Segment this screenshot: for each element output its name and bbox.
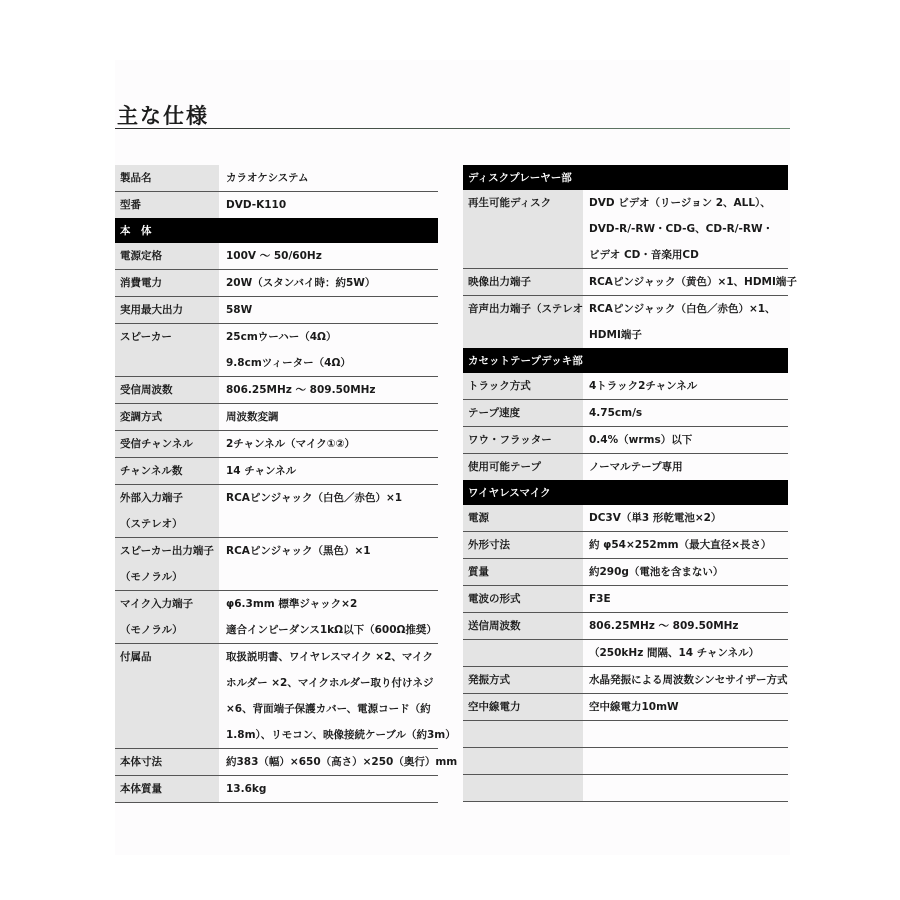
spec-label-line: テープ速度 (468, 400, 583, 426)
spec-row: 変調方式周波数変調 (115, 404, 438, 431)
spec-value (583, 748, 788, 774)
spec-value: 806.25MHz 〜 809.50MHz (219, 377, 438, 403)
spec-label-line: 本体質量 (120, 776, 219, 802)
spec-row: 質量約290g（電池を含まない） (463, 559, 788, 586)
spec-label-line (120, 696, 219, 722)
section-header: カセットテープデッキ部 (463, 348, 788, 373)
spec-row: スピーカー出力端子（モノラル）RCAピンジャック（黒色）×1 (115, 538, 438, 591)
spec-value-line: DVD-K110 (226, 192, 438, 218)
spec-row: 付属品取扱説明書、ワイヤレスマイク ×2、マイクホルダー ×2、マイクホルダー取… (115, 644, 438, 749)
spec-label-line: 電源定格 (120, 243, 219, 269)
spec-row: スピーカー25cmウーハー（4Ω）9.8cmツィーター（4Ω） (115, 324, 438, 377)
spec-value: 58W (219, 297, 438, 323)
spec-label-line: チャンネル数 (120, 458, 219, 484)
spec-label: 実用最大出力 (115, 297, 219, 323)
spec-label-line: マイク入力端子 (120, 591, 219, 617)
spec-value-line: 25cmウーハー（4Ω） (226, 324, 438, 350)
spec-label-line (120, 722, 219, 748)
spec-value-line: 9.8cmツィーター（4Ω） (226, 350, 438, 376)
page-title: 主な仕様 (117, 100, 209, 130)
sub-spec-table: ディスクプレーヤー部再生可能ディスクDVD ビデオ（リージョン 2、ALL）、D… (463, 165, 788, 802)
spec-label: マイク入力端子（モノラル） (115, 591, 219, 643)
spec-row: 消費電力20W（スタンバイ時：約5W） (115, 270, 438, 297)
spec-value-line: DVD-R/-RW・CD-G、CD-R/-RW・ (589, 216, 788, 242)
spec-label-line: 受信周波数 (120, 377, 219, 403)
spec-row (463, 748, 788, 775)
spec-value-line (589, 721, 788, 747)
spec-value-line: RCAピンジャック（白色／赤色）×1、 (589, 296, 788, 322)
spec-value (583, 721, 788, 747)
spec-value: RCAピンジャック（白色／赤色）×1 (219, 485, 438, 537)
spec-label: 本体寸法 (115, 749, 219, 775)
spec-row: （250kHz 間隔、14 チャンネル） (463, 640, 788, 667)
spec-value-line: ビデオ CD・音楽用CD (589, 242, 788, 268)
spec-row: テープ速度4.75cm/s (463, 400, 788, 427)
spec-row: 電源定格100V 〜 50/60Hz (115, 243, 438, 270)
spec-label-line: 本体寸法 (120, 749, 219, 775)
spec-value-line: φ6.3mm 標準ジャック×2 (226, 591, 438, 617)
spec-label-line (468, 216, 583, 242)
spec-value-line: ホルダー ×2、マイクホルダー取り付けネジ (226, 670, 456, 696)
spec-row: 外形寸法約 φ54×252mm（最大直径×長さ） (463, 532, 788, 559)
spec-value: （250kHz 間隔、14 チャンネル） (583, 640, 788, 666)
spec-value: F3E (583, 586, 788, 612)
title-divider (115, 128, 790, 129)
spec-value-line: 空中線電力10mW (589, 694, 788, 720)
spec-label-line: 製品名 (120, 165, 219, 191)
spec-label: 製品名 (115, 165, 219, 191)
spec-row: 電源DC3V（単3 形乾電池×2） (463, 505, 788, 532)
spec-label (463, 775, 583, 801)
spec-value-line: 806.25MHz 〜 809.50MHz (226, 377, 438, 403)
spec-row: 再生可能ディスクDVD ビデオ（リージョン 2、ALL）、DVD-R/-RW・C… (463, 190, 788, 269)
spec-label: 本体質量 (115, 776, 219, 802)
spec-row (463, 775, 788, 802)
spec-label: 外形寸法 (463, 532, 583, 558)
spec-label-line: スピーカー出力端子 (120, 538, 219, 564)
spec-row: トラック方式4トラック2チャンネル (463, 373, 788, 400)
spec-row: 音声出力端子（ステレオ）RCAピンジャック（白色／赤色）×1、HDMI端子 (463, 296, 788, 348)
spec-value-line: DC3V（単3 形乾電池×2） (589, 505, 788, 531)
spec-label-line (468, 748, 583, 774)
spec-label (463, 640, 583, 666)
spec-label: 付属品 (115, 644, 219, 748)
spec-label: 外部入力端子（ステレオ） (115, 485, 219, 537)
spec-value: 取扱説明書、ワイヤレスマイク ×2、マイクホルダー ×2、マイクホルダー取り付け… (219, 644, 456, 748)
spec-value: DVD ビデオ（リージョン 2、ALL）、DVD-R/-RW・CD-G、CD-R… (583, 190, 788, 268)
spec-value-line: 取扱説明書、ワイヤレスマイク ×2、マイク (226, 644, 456, 670)
spec-value-line: 4.75cm/s (589, 400, 788, 426)
spec-value: DC3V（単3 形乾電池×2） (583, 505, 788, 531)
spec-label-line: 空中線電力 (468, 694, 583, 720)
spec-label-line (120, 350, 219, 376)
spec-value-line (226, 564, 438, 590)
spec-value-line: ノーマルテープ専用 (589, 454, 788, 480)
spec-value: DVD-K110 (219, 192, 438, 218)
spec-label-line (120, 670, 219, 696)
spec-value: 周波数変調 (219, 404, 438, 430)
spec-row: 実用最大出力58W (115, 297, 438, 324)
spec-label-line: （ステレオ） (120, 511, 219, 537)
spec-label: 映像出力端子 (463, 269, 583, 295)
spec-value-line: 2チャンネル（マイク①②） (226, 431, 438, 457)
spec-label-line: 音声出力端子（ステレオ） (468, 296, 583, 322)
spec-label-line: 送信周波数 (468, 613, 583, 639)
spec-label: チャンネル数 (115, 458, 219, 484)
spec-value-line: DVD ビデオ（リージョン 2、ALL）、 (589, 190, 788, 216)
spec-label: 音声出力端子（ステレオ） (463, 296, 583, 348)
spec-value: 14 チャンネル (219, 458, 438, 484)
spec-value-line: 100V 〜 50/60Hz (226, 243, 438, 269)
spec-row: 送信周波数806.25MHz 〜 809.50MHz (463, 613, 788, 640)
spec-row: ワウ・フラッター0.4%（wrms）以下 (463, 427, 788, 454)
spec-value-line: HDMI端子 (589, 322, 788, 348)
spec-row: 使用可能テープノーマルテープ専用 (463, 454, 788, 480)
spec-value: RCAピンジャック（黒色）×1 (219, 538, 438, 590)
spec-label-line (468, 640, 583, 666)
spec-value: φ6.3mm 標準ジャック×2適合インピーダンス1kΩ以下（600Ω推奨） (219, 591, 438, 643)
spec-value-line: 4トラック2チャンネル (589, 373, 788, 399)
main-spec-table: 製品名カラオケシステム型番DVD-K110本 体電源定格100V 〜 50/60… (115, 165, 438, 803)
spec-value: 100V 〜 50/60Hz (219, 243, 438, 269)
spec-value-line: 適合インピーダンス1kΩ以下（600Ω推奨） (226, 617, 438, 643)
spec-label-line: 使用可能テープ (468, 454, 583, 480)
spec-label: 再生可能ディスク (463, 190, 583, 268)
spec-label: 受信チャンネル (115, 431, 219, 457)
spec-value-line: 約383（幅）×650（高さ）×250（奥行）mm (226, 749, 457, 775)
spec-value-line: 周波数変調 (226, 404, 438, 430)
spec-label: スピーカー (115, 324, 219, 376)
spec-value: ノーマルテープ専用 (583, 454, 788, 480)
spec-row: 空中線電力空中線電力10mW (463, 694, 788, 721)
spec-value-line: 0.4%（wrms）以下 (589, 427, 788, 453)
spec-label-line: 電波の形式 (468, 586, 583, 612)
spec-row: 本体寸法約383（幅）×650（高さ）×250（奥行）mm (115, 749, 438, 776)
spec-label-line: （モノラル） (120, 564, 219, 590)
spec-label-line: 発振方式 (468, 667, 583, 693)
spec-value-line: 13.6kg (226, 776, 438, 802)
spec-row: 発振方式水晶発振による周波数シンセサイザー方式 (463, 667, 788, 694)
spec-label (463, 748, 583, 774)
section-header: 本 体 (115, 218, 438, 243)
spec-value: 2チャンネル（マイク①②） (219, 431, 438, 457)
spec-value: RCAピンジャック（黄色）×1、HDMI端子 (583, 269, 797, 295)
spec-label: 電源 (463, 505, 583, 531)
spec-label: 型番 (115, 192, 219, 218)
spec-value: 4トラック2チャンネル (583, 373, 788, 399)
spec-label-line: （モノラル） (120, 617, 219, 643)
spec-value: 4.75cm/s (583, 400, 788, 426)
spec-row: 製品名カラオケシステム (115, 165, 438, 192)
spec-label: トラック方式 (463, 373, 583, 399)
spec-label: 変調方式 (115, 404, 219, 430)
spec-row: 型番DVD-K110 (115, 192, 438, 218)
spec-label-line (468, 721, 583, 747)
spec-label-line: 受信チャンネル (120, 431, 219, 457)
spec-value: 水晶発振による周波数シンセサイザー方式 (583, 667, 788, 693)
spec-value-line (589, 775, 788, 801)
spec-value-line: ×6、背面端子保護カバー、電源コード（約 (226, 696, 456, 722)
spec-label: 使用可能テープ (463, 454, 583, 480)
spec-label-line (468, 242, 583, 268)
spec-label: 発振方式 (463, 667, 583, 693)
spec-label-line: 電源 (468, 505, 583, 531)
spec-value-line (589, 748, 788, 774)
spec-value-line: 約 φ54×252mm（最大直径×長さ） (589, 532, 788, 558)
spec-value: カラオケシステム (219, 165, 438, 191)
spec-value-line: 806.25MHz 〜 809.50MHz (589, 613, 788, 639)
spec-value-line: RCAピンジャック（黄色）×1、HDMI端子 (589, 269, 797, 295)
spec-label: 空中線電力 (463, 694, 583, 720)
spec-row: 電波の形式F3E (463, 586, 788, 613)
spec-label-line: 外部入力端子 (120, 485, 219, 511)
spec-label-line: 外形寸法 (468, 532, 583, 558)
spec-row (463, 721, 788, 748)
spec-label-line: 型番 (120, 192, 219, 218)
spec-value: 約 φ54×252mm（最大直径×長さ） (583, 532, 788, 558)
spec-label: スピーカー出力端子（モノラル） (115, 538, 219, 590)
spec-value: RCAピンジャック（白色／赤色）×1、HDMI端子 (583, 296, 788, 348)
spec-row: 受信チャンネル2チャンネル（マイク①②） (115, 431, 438, 458)
spec-label: 質量 (463, 559, 583, 585)
spec-label: テープ速度 (463, 400, 583, 426)
spec-label-line: ワウ・フラッター (468, 427, 583, 453)
spec-label-line: 消費電力 (120, 270, 219, 296)
spec-label-line: スピーカー (120, 324, 219, 350)
spec-label-line (468, 775, 583, 801)
spec-row: マイク入力端子（モノラル）φ6.3mm 標準ジャック×2適合インピーダンス1kΩ… (115, 591, 438, 644)
spec-label: 電波の形式 (463, 586, 583, 612)
spec-label: 消費電力 (115, 270, 219, 296)
spec-value-line: （250kHz 間隔、14 チャンネル） (589, 640, 788, 666)
spec-row: 映像出力端子RCAピンジャック（黄色）×1、HDMI端子 (463, 269, 788, 296)
spec-row: 本体質量13.6kg (115, 776, 438, 803)
spec-label-line: 実用最大出力 (120, 297, 219, 323)
spec-value: 約383（幅）×650（高さ）×250（奥行）mm (219, 749, 457, 775)
spec-label: 受信周波数 (115, 377, 219, 403)
spec-label-line: 質量 (468, 559, 583, 585)
spec-value-line (226, 511, 438, 537)
section-header: ワイヤレスマイク (463, 480, 788, 505)
spec-value (583, 775, 788, 801)
spec-value-line: 約290g（電池を含まない） (589, 559, 788, 585)
spec-value: 20W（スタンバイ時：約5W） (219, 270, 438, 296)
spec-label-line: トラック方式 (468, 373, 583, 399)
spec-value-line: カラオケシステム (226, 165, 438, 191)
spec-label-line: 変調方式 (120, 404, 219, 430)
spec-label-line (468, 322, 583, 348)
spec-label-line: 付属品 (120, 644, 219, 670)
spec-value-line: RCAピンジャック（白色／赤色）×1 (226, 485, 438, 511)
spec-value-line: 水晶発振による周波数シンセサイザー方式 (589, 667, 788, 693)
spec-label: ワウ・フラッター (463, 427, 583, 453)
spec-value: 約290g（電池を含まない） (583, 559, 788, 585)
spec-label: 電源定格 (115, 243, 219, 269)
section-header: ディスクプレーヤー部 (463, 165, 788, 190)
spec-value: 806.25MHz 〜 809.50MHz (583, 613, 788, 639)
spec-value-line: RCAピンジャック（黒色）×1 (226, 538, 438, 564)
spec-label: 送信周波数 (463, 613, 583, 639)
spec-value-line: 20W（スタンバイ時：約5W） (226, 270, 438, 296)
spec-value-line: F3E (589, 586, 788, 612)
spec-row: 外部入力端子（ステレオ） RCAピンジャック（白色／赤色）×1 (115, 485, 438, 538)
spec-row: チャンネル数14 チャンネル (115, 458, 438, 485)
spec-label-line: 再生可能ディスク (468, 190, 583, 216)
spec-value-line: 14 チャンネル (226, 458, 438, 484)
spec-value: 空中線電力10mW (583, 694, 788, 720)
spec-value-line: 1.8m）、リモコン、映像接続ケーブル（約3m） (226, 722, 456, 748)
spec-value: 0.4%（wrms）以下 (583, 427, 788, 453)
spec-value: 25cmウーハー（4Ω）9.8cmツィーター（4Ω） (219, 324, 438, 376)
spec-value: 13.6kg (219, 776, 438, 802)
spec-value-line: 58W (226, 297, 438, 323)
spec-label-line: 映像出力端子 (468, 269, 583, 295)
spec-row: 受信周波数806.25MHz 〜 809.50MHz (115, 377, 438, 404)
spec-label (463, 721, 583, 747)
